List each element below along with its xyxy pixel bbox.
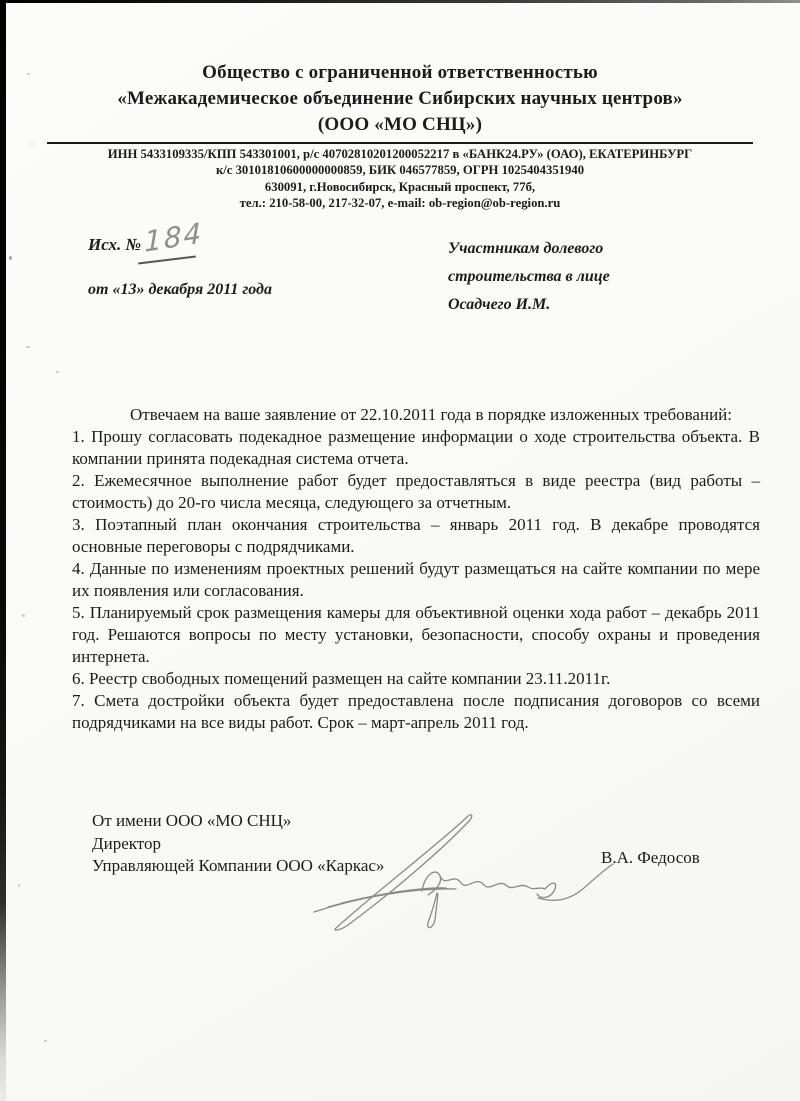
company-contacts-line: тел.: 210-58-00, 217-32-07, e-mail: ob-r… (0, 195, 800, 211)
scan-speck (56, 371, 59, 373)
body-paragraph: 6. Реестр свободных помещений размещен н… (72, 668, 760, 690)
scan-speck (27, 73, 30, 75)
recipient-line: строительства в лице (448, 263, 660, 291)
recipient-name-line: Осадчего И.М. (448, 291, 660, 319)
letter-body: Отвечаем на ваше заявление от 22.10.2011… (72, 404, 760, 734)
company-requisites-line: к/с 30101810600000000859, БИК 046577859,… (0, 162, 800, 178)
scan-edge-top-strip (0, 0, 800, 3)
signature-handwriting (298, 790, 628, 940)
body-paragraph: 3. Поэтапный план окончания строительств… (72, 514, 760, 558)
signoff-block: От имени ООО «МО СНЦ» Директор Управляющ… (0, 810, 800, 1050)
scan-speck (22, 614, 25, 617)
company-name-line: «Межакадемическое объединение Сибирских … (0, 86, 800, 112)
company-short-name-line: (ООО «МО СНЦ») (0, 112, 800, 138)
outgoing-number-line: Исх. № 184 (88, 235, 388, 271)
scan-speck (26, 346, 30, 348)
body-paragraph: 2. Ежемесячное выполнение работ будет пр… (72, 470, 760, 514)
body-paragraph: Отвечаем на ваше заявление от 22.10.2011… (72, 404, 760, 426)
scanned-letter-page: Общество с ограниченной ответственностью… (0, 0, 800, 1101)
recipient-line: Участникам долевого (448, 235, 660, 263)
scan-speck (9, 256, 12, 260)
scan-speck (31, 143, 33, 145)
outgoing-number-handwritten: 184 (144, 216, 203, 259)
body-paragraph: 5. Планируемый срок размещения камеры дл… (72, 602, 760, 668)
letterhead-divider (47, 142, 753, 144)
company-name-line: Общество с ограниченной ответственностью (0, 60, 800, 86)
body-paragraph: 1. Прошу согласовать подекадное размещен… (72, 426, 760, 470)
letter-date-line: от «13» декабря 2011 года (88, 281, 388, 299)
body-paragraph: 4. Данные по изменениям проектных решени… (72, 558, 760, 602)
body-paragraph: 7. Смета достройки объекта будет предост… (72, 690, 760, 734)
recipient-block: Участникам долевого строительства в лице… (448, 235, 660, 319)
letterhead: Общество с ограниченной ответственностью… (0, 0, 800, 211)
reference-recipient-row: Исх. № 184 от «13» декабря 2011 года Уча… (0, 235, 800, 319)
company-address-line: 630091, г.Новосибирск, Красный проспект,… (0, 179, 800, 195)
outgoing-reference-block: Исх. № 184 от «13» декабря 2011 года (88, 235, 388, 319)
signer-name: В.А. Федосов (601, 848, 700, 868)
company-requisites-line: ИНН 5433109335/КПП 543301001, р/с 407028… (0, 146, 800, 162)
outgoing-number-label: Исх. № (88, 235, 141, 254)
